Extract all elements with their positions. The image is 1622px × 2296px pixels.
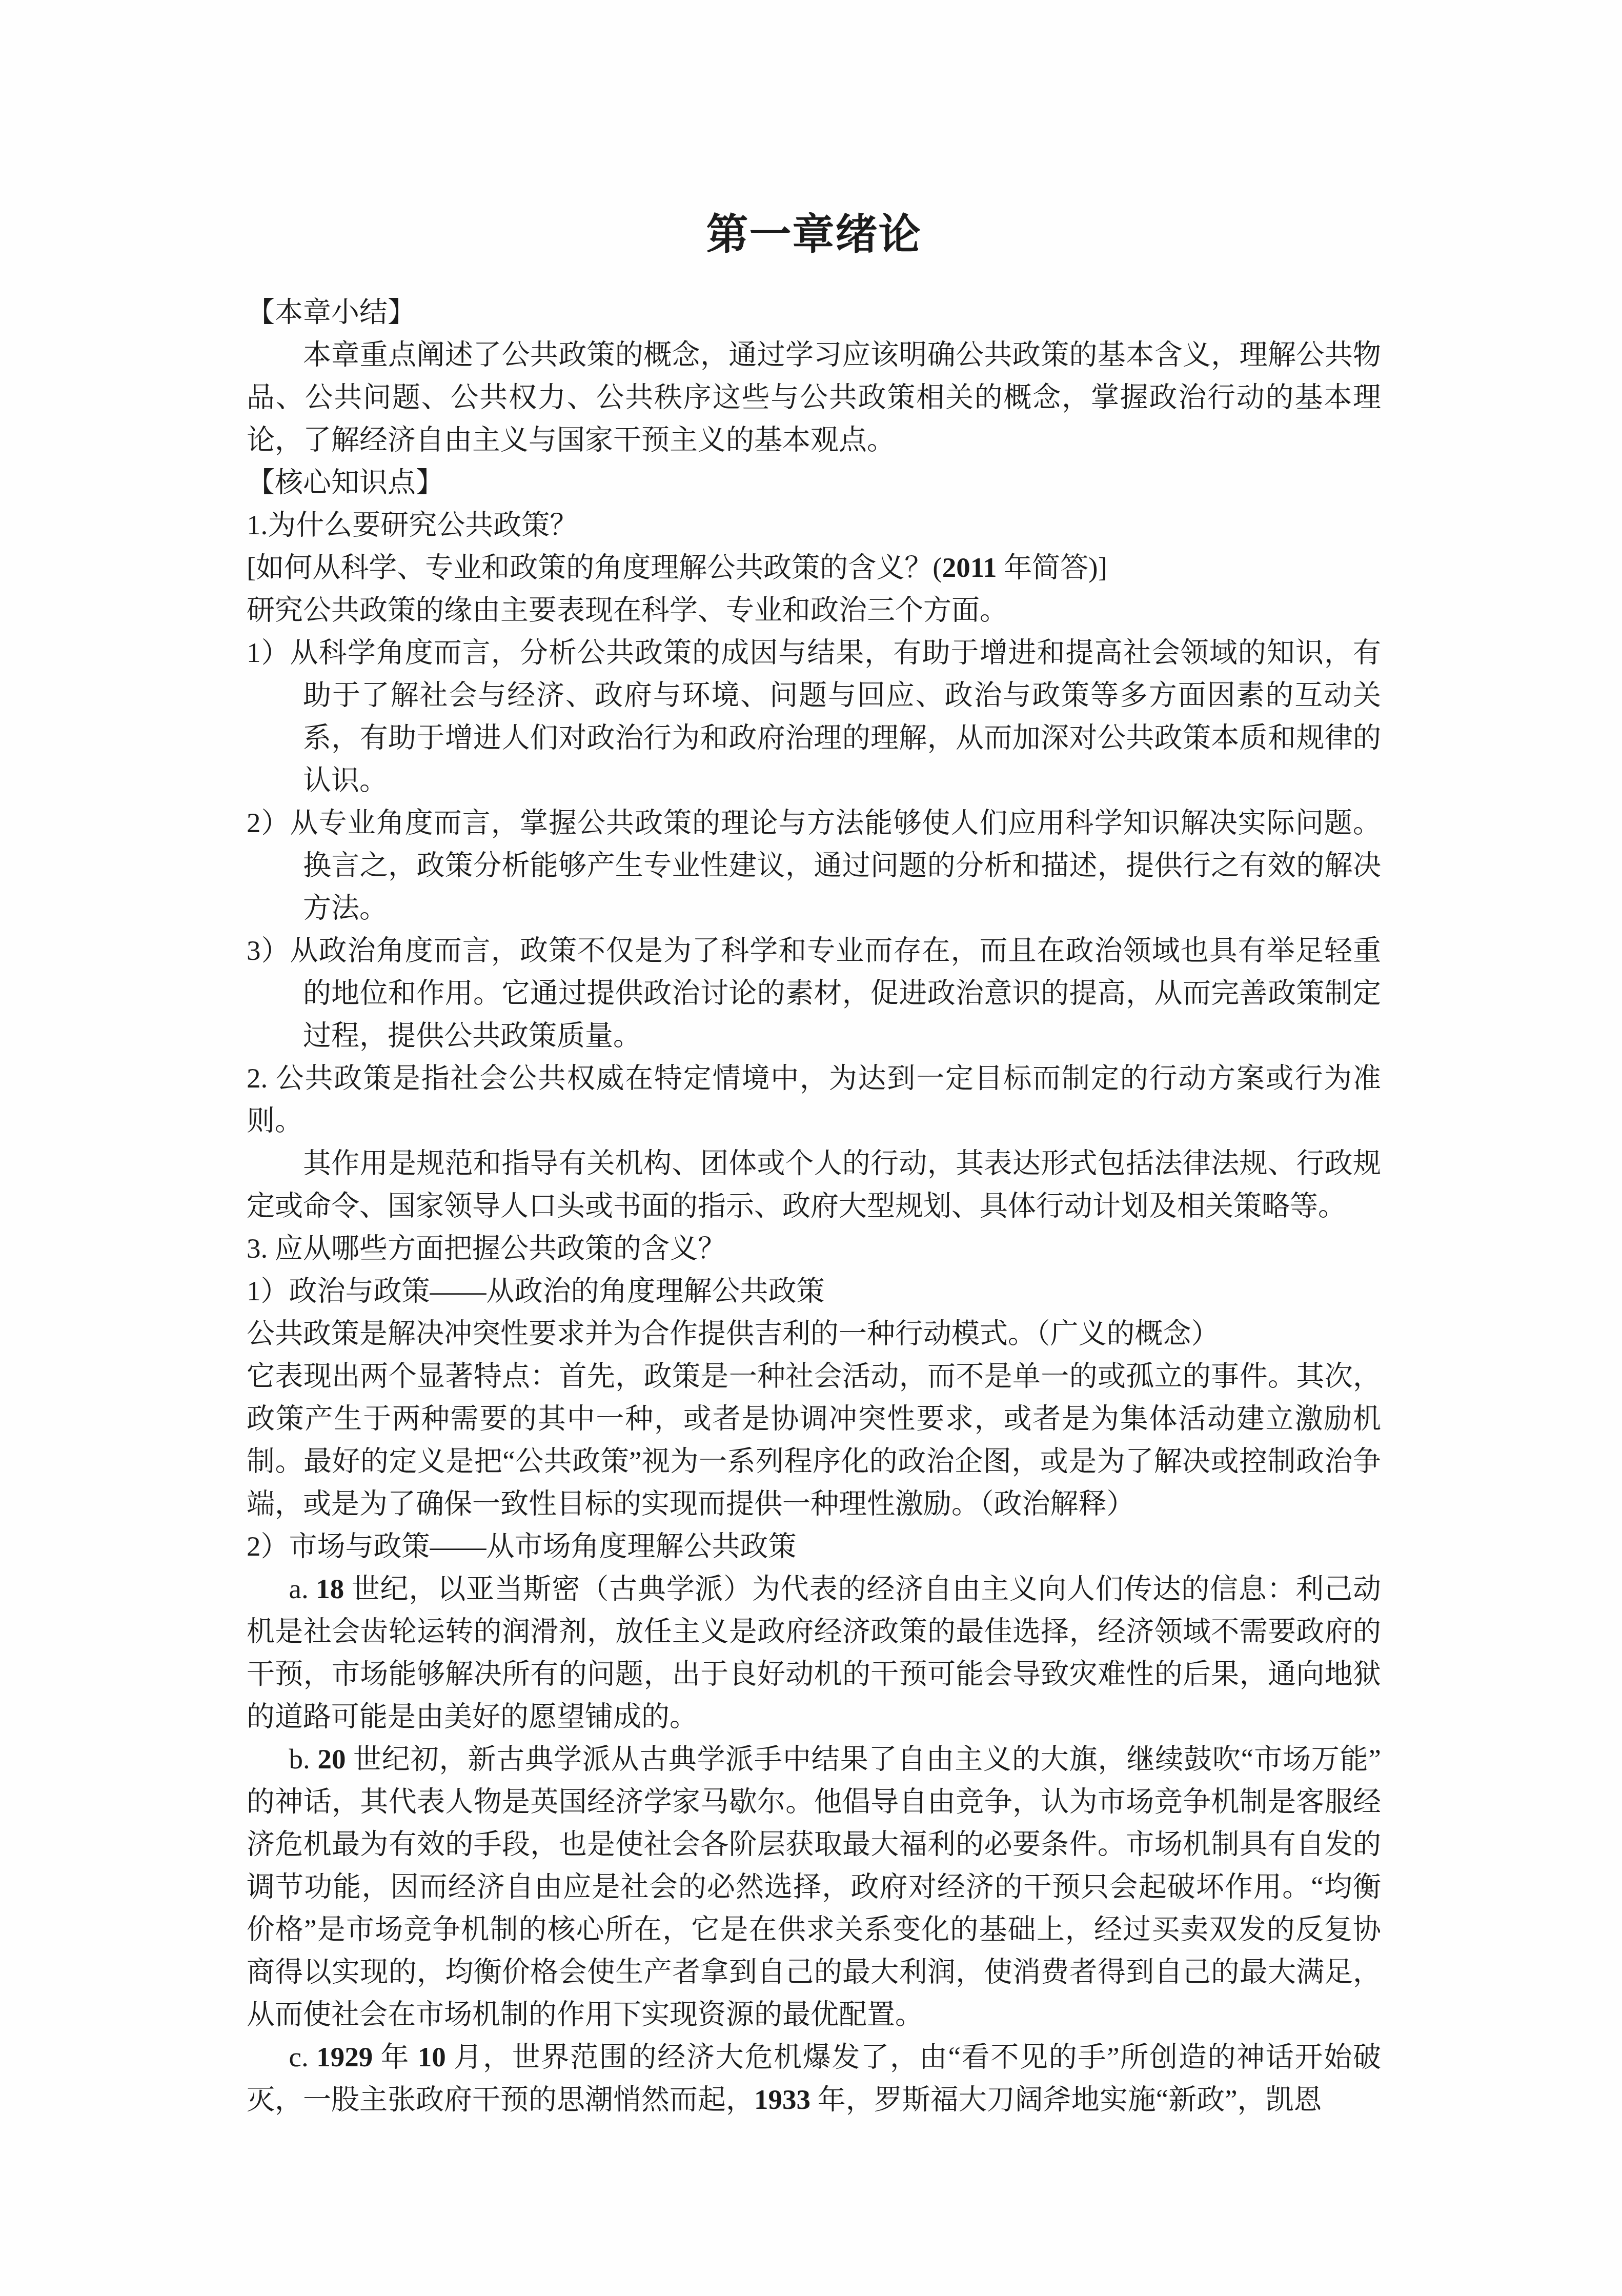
text-run: 1933 xyxy=(754,2084,810,2115)
text-paragraph: 公共政策是解决冲突性要求并为合作提供吉利的一种行动模式。（广义的概念） xyxy=(247,1312,1381,1355)
text-paragraph: 本章重点阐述了公共政策的概念，通过学习应该明确公共政策的基本含义，理解公共物品、… xyxy=(247,333,1381,461)
text-run: 10 xyxy=(418,2041,446,2072)
text-run: b. xyxy=(289,1743,318,1775)
text-run: 公共政策是解决冲突性要求并为合作提供吉利的一种行动模式。（广义的概念） xyxy=(247,1318,1220,1349)
document-body: 【本章小结】本章重点阐述了公共政策的概念，通过学习应该明确公共政策的基本含义，理… xyxy=(247,291,1381,2121)
text-run: 世纪，以亚当斯密（古典学派）为代表的经济自由主义向人们传达的信息：利己动机是社会… xyxy=(247,1573,1381,1732)
text-run: c. xyxy=(289,2041,317,2072)
text-paragraph: 2）从专业角度而言，掌握公共政策的理论与方法能够使人们应用科学知识解决实际问题。… xyxy=(247,801,1381,929)
text-run: 本章重点阐述了公共政策的概念，通过学习应该明确公共政策的基本含义，理解公共物品、… xyxy=(247,339,1381,455)
text-paragraph: c. 1929 年 10 月，世界范围的经济大危机爆发了，由“看不见的手”所创造… xyxy=(247,2036,1381,2121)
text-paragraph: 1）从科学角度而言，分析公共政策的成因与结果，有助于增进和提高社会领域的知识，有… xyxy=(247,631,1381,801)
text-run: [如何从科学、专业和政策的角度理解公共政策的含义？( xyxy=(247,552,942,583)
text-run: 3）从政治角度而言，政策不仅是为了科学和专业而存在，而且在政治领域也具有举足轻重… xyxy=(247,935,1381,1051)
text-paragraph: 2. 公共政策是指社会公共权威在特定情境中，为达到一定目标而制定的行动方案或行为… xyxy=(247,1057,1381,1142)
text-run: 年 xyxy=(373,2041,418,2072)
text-paragraph: [如何从科学、专业和政策的角度理解公共政策的含义？(2011 年简答)] xyxy=(247,546,1381,589)
text-run: 【本章小结】 xyxy=(247,296,416,328)
text-paragraph: b. 20 世纪初，新古典学派从古典学派手中结果了自由主义的大旗，继续鼓吹“市场… xyxy=(247,1738,1381,2036)
text-run: 20 xyxy=(317,1743,346,1775)
text-paragraph: a. 18 世纪，以亚当斯密（古典学派）为代表的经济自由主义向人们传达的信息：利… xyxy=(247,1567,1381,1738)
text-paragraph: 【本章小结】 xyxy=(247,291,1381,333)
text-run: a. xyxy=(289,1573,316,1604)
text-run: 年，罗斯福大刀阔斧地实施“新政”，凯恩 xyxy=(810,2084,1322,2115)
text-paragraph: 1.为什么要研究公共政策？ xyxy=(247,503,1381,546)
text-run: 年简答)] xyxy=(997,552,1107,583)
text-paragraph: 2）市场与政策——从市场角度理解公共政策 xyxy=(247,1525,1381,1567)
text-paragraph: 其作用是规范和指导有关机构、团体或个人的行动，其表达形式包括法律法规、行政规定或… xyxy=(247,1142,1381,1227)
text-paragraph: 它表现出两个显著特点：首先，政策是一种社会活动，而不是单一的或孤立的事件。其次，… xyxy=(247,1355,1381,1525)
text-run: 18 xyxy=(316,1573,344,1604)
text-run: 2）从专业角度而言，掌握公共政策的理论与方法能够使人们应用科学知识解决实际问题。… xyxy=(247,807,1381,923)
text-paragraph: 【核心知识点】 xyxy=(247,461,1381,503)
text-run: 【核心知识点】 xyxy=(247,467,444,498)
text-paragraph: 3）从政治角度而言，政策不仅是为了科学和专业而存在，而且在政治领域也具有举足轻重… xyxy=(247,929,1381,1057)
text-run: 1929 xyxy=(316,2041,373,2072)
text-paragraph: 1）政治与政策——从政治的角度理解公共政策 xyxy=(247,1270,1381,1312)
text-run: 其作用是规范和指导有关机构、团体或个人的行动，其表达形式包括法律法规、行政规定或… xyxy=(247,1147,1381,1221)
document-page: 第一章绪论 【本章小结】本章重点阐述了公共政策的概念，通过学习应该明确公共政策的… xyxy=(0,0,1622,2296)
text-run: 2）市场与政策——从市场角度理解公共政策 xyxy=(247,1530,797,1562)
chapter-title: 第一章绪论 xyxy=(247,205,1381,264)
text-run: 2. 公共政策是指社会公共权威在特定情境中，为达到一定目标而制定的行动方案或行为… xyxy=(247,1062,1381,1136)
text-run: 2011 xyxy=(942,552,997,583)
text-run: 研究公共政策的缘由主要表现在科学、专业和政治三个方面。 xyxy=(247,594,1008,626)
text-run: 3. 应从哪些方面把握公共政策的含义？ xyxy=(247,1233,726,1264)
text-run: 世纪初，新古典学派从古典学派手中结果了自由主义的大旗，继续鼓吹“市场万能”的神话… xyxy=(247,1743,1381,2030)
text-run: 它表现出两个显著特点：首先，政策是一种社会活动，而不是单一的或孤立的事件。其次，… xyxy=(247,1360,1381,1519)
text-paragraph: 研究公共政策的缘由主要表现在科学、专业和政治三个方面。 xyxy=(247,589,1381,631)
text-run: 1）政治与政策——从政治的角度理解公共政策 xyxy=(247,1275,825,1306)
text-paragraph: 3. 应从哪些方面把握公共政策的含义？ xyxy=(247,1227,1381,1270)
text-run: 1）从科学角度而言，分析公共政策的成因与结果，有助于增进和提高社会领域的知识，有… xyxy=(247,637,1381,796)
text-run: 1.为什么要研究公共政策？ xyxy=(247,509,578,540)
